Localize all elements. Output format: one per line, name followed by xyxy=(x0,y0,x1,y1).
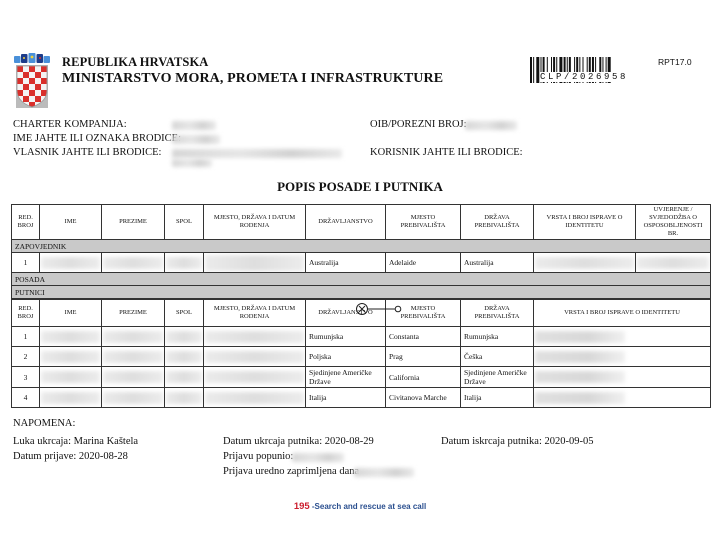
owner-value-redacted xyxy=(172,149,342,158)
passenger-drzavljanstvo: Italija xyxy=(306,388,386,408)
passenger-ime-redacted xyxy=(40,367,102,388)
captain-rodenje-redacted xyxy=(204,253,306,273)
col-red-broj: RED. BROJ xyxy=(12,205,40,240)
passenger-rodenje-redacted xyxy=(204,347,306,367)
table-row: 2PoljskaPragČeška xyxy=(12,347,711,367)
col-prezime: PREZIME xyxy=(102,205,165,240)
datum-ukrcaja: Datum ukrcaja putnika: 2020-08-29 xyxy=(223,436,374,447)
passenger-prezime-redacted xyxy=(102,367,165,388)
table-row: 1RumunjskaConstantaRumunjska xyxy=(12,327,711,347)
oib-label: OIB/POREZNI BROJ: xyxy=(370,119,467,130)
sar-footer: 195 -Search and rescue at sea call xyxy=(0,501,720,512)
passenger-drzava: Sjedinjene Američke Države xyxy=(461,367,534,388)
table-row: 3Sjedinjene Američke DržaveCaliforniaSje… xyxy=(12,367,711,388)
captain-prezime-redacted xyxy=(102,253,165,273)
passenger-spol-redacted xyxy=(165,327,204,347)
page-title: POPIS POSADE I PUTNIKA xyxy=(0,179,720,195)
crew-header-row: RED. BROJ IME PREZIME SPOL MJESTO, DRŽAV… xyxy=(12,205,711,240)
passenger-rodenje-redacted xyxy=(204,388,306,408)
luka-ukrcaja: Luka ukrcaja: Marina Kaštela xyxy=(13,436,138,447)
passenger-spol-redacted xyxy=(165,347,204,367)
charter-label: CHARTER KOMPANIJA: xyxy=(13,119,127,130)
col-drzava: DRŽAVA PREBIVALIŠTA xyxy=(461,205,534,240)
croatian-coat-of-arms-icon xyxy=(13,52,51,108)
passenger-spol-redacted xyxy=(165,388,204,408)
report-code: RPT17.0 xyxy=(658,57,692,67)
col-mjesto: MJESTO PREBIVALIŠTA xyxy=(386,205,461,240)
row-number: 3 xyxy=(12,367,40,388)
col-rodenje: MJESTO, DRŽAVA I DATUM RODENJA xyxy=(204,205,306,240)
prijavu-popunio-redacted xyxy=(292,453,344,462)
table-row: 4ItalijaCivitanova MarcheItalija xyxy=(12,388,711,408)
datum-iskrcaja: Datum iskrcaja putnika: 2020-09-05 xyxy=(441,436,594,447)
user-label: KORISNIK JAHTE ILI BRODICE: xyxy=(370,147,523,158)
passenger-isprava-redacted xyxy=(534,388,711,408)
section-putnici: PUTNICI xyxy=(12,286,711,299)
row-number: 1 xyxy=(12,253,40,273)
col-prezime: PREZIME xyxy=(102,300,165,327)
datum-prijave: Datum prijave: 2020-08-28 xyxy=(13,451,128,462)
passenger-ime-redacted xyxy=(40,347,102,367)
passenger-ime-redacted xyxy=(40,327,102,347)
col-drzava: DRŽAVA PREBIVALIŠTA xyxy=(461,300,534,327)
col-isprava: VRSTA I BROJ ISPRAVE O IDENTITETU xyxy=(534,205,636,240)
passenger-isprava-redacted xyxy=(534,347,711,367)
charter-value-redacted xyxy=(172,121,216,130)
sar-number: 195 xyxy=(294,501,310,512)
passenger-mjesto: Civitanova Marche xyxy=(386,388,461,408)
section-posada: POSADA xyxy=(12,273,711,286)
napomena-label: NAPOMENA: xyxy=(13,418,75,429)
col-red-broj: RED. BROJ xyxy=(12,300,40,327)
captain-ime-redacted xyxy=(40,253,102,273)
yacht-label: IME JAHTE ILI OZNAKA BRODICE: xyxy=(13,133,181,144)
passenger-ime-redacted xyxy=(40,388,102,408)
yacht-value-redacted xyxy=(172,135,220,144)
passenger-rodenje-redacted xyxy=(204,367,306,388)
col-ime: IME xyxy=(40,205,102,240)
col-isprava: VRSTA I BROJ ISPRAVE O IDENTITETU xyxy=(534,300,711,327)
passenger-drzava: Češka xyxy=(461,347,534,367)
captain-drzava: Australija xyxy=(461,253,534,273)
owner-value-redacted-line2 xyxy=(172,159,212,167)
oib-value-redacted xyxy=(465,121,517,130)
col-spol: SPOL xyxy=(165,300,204,327)
passenger-spol-redacted xyxy=(165,367,204,388)
prijavu-popunio-label: Prijavu popunio: xyxy=(223,451,293,462)
prijava-zaprimljena-label: Prijava uredno zaprimljena dana xyxy=(223,466,359,477)
section-zapovjednik: ZAPOVJEDNIK xyxy=(12,240,711,253)
passenger-prezime-redacted xyxy=(102,347,165,367)
passenger-isprava-redacted xyxy=(534,327,711,347)
col-spol: SPOL xyxy=(165,205,204,240)
row-number: 2 xyxy=(12,347,40,367)
passenger-isprava-redacted xyxy=(534,367,711,388)
captain-isprava-redacted xyxy=(534,253,636,273)
ministry-heading: MINISTARSTVO MORA, PROMETA I INFRASTRUKT… xyxy=(62,71,443,87)
passenger-drzavljanstvo: Rumunjska xyxy=(306,327,386,347)
passenger-drzava: Rumunjska xyxy=(461,327,534,347)
col-drzavljanstvo: DRŽAVLJANSTVO xyxy=(306,205,386,240)
republic-heading: REPUBLIKA HRVATSKA xyxy=(62,55,208,70)
crew-table: RED. BROJ IME PREZIME SPOL MJESTO, DRŽAV… xyxy=(11,204,711,299)
passenger-drzava: Italija xyxy=(461,388,534,408)
barcode-text: CLP/2026958 xyxy=(540,72,630,82)
captain-spol-redacted xyxy=(165,253,204,273)
sar-text: -Search and rescue at sea call xyxy=(310,502,427,511)
captain-mjesto: Adelaide xyxy=(386,253,461,273)
col-rodenje: MJESTO, DRŽAVA I DATUM RODENJA xyxy=(204,300,306,327)
row-number: 4 xyxy=(12,388,40,408)
passenger-drzavljanstvo: Poljska xyxy=(306,347,386,367)
barcode: CLP/2026958 xyxy=(530,57,638,83)
drag-path-marker-icon xyxy=(354,301,404,319)
passenger-mjesto: California xyxy=(386,367,461,388)
row-number: 1 xyxy=(12,327,40,347)
col-uvjerenje: UVJERENJE / SVJEDODŽBA O OSPOSOBLJENOSTI… xyxy=(636,205,711,240)
passenger-prezime-redacted xyxy=(102,388,165,408)
passenger-rodenje-redacted xyxy=(204,327,306,347)
table-row: 1 Australija Adelaide Australija xyxy=(12,253,711,273)
passenger-mjesto: Constanta xyxy=(386,327,461,347)
captain-drzavljanstvo: Australija xyxy=(306,253,386,273)
captain-uvjerenje-redacted xyxy=(636,253,711,273)
passenger-prezime-redacted xyxy=(102,327,165,347)
prijava-zaprimljena-redacted xyxy=(354,468,414,477)
passenger-drzavljanstvo: Sjedinjene Američke Države xyxy=(306,367,386,388)
col-ime: IME xyxy=(40,300,102,327)
passenger-mjesto: Prag xyxy=(386,347,461,367)
owner-label: VLASNIK JAHTE ILI BRODICE: xyxy=(13,147,161,158)
